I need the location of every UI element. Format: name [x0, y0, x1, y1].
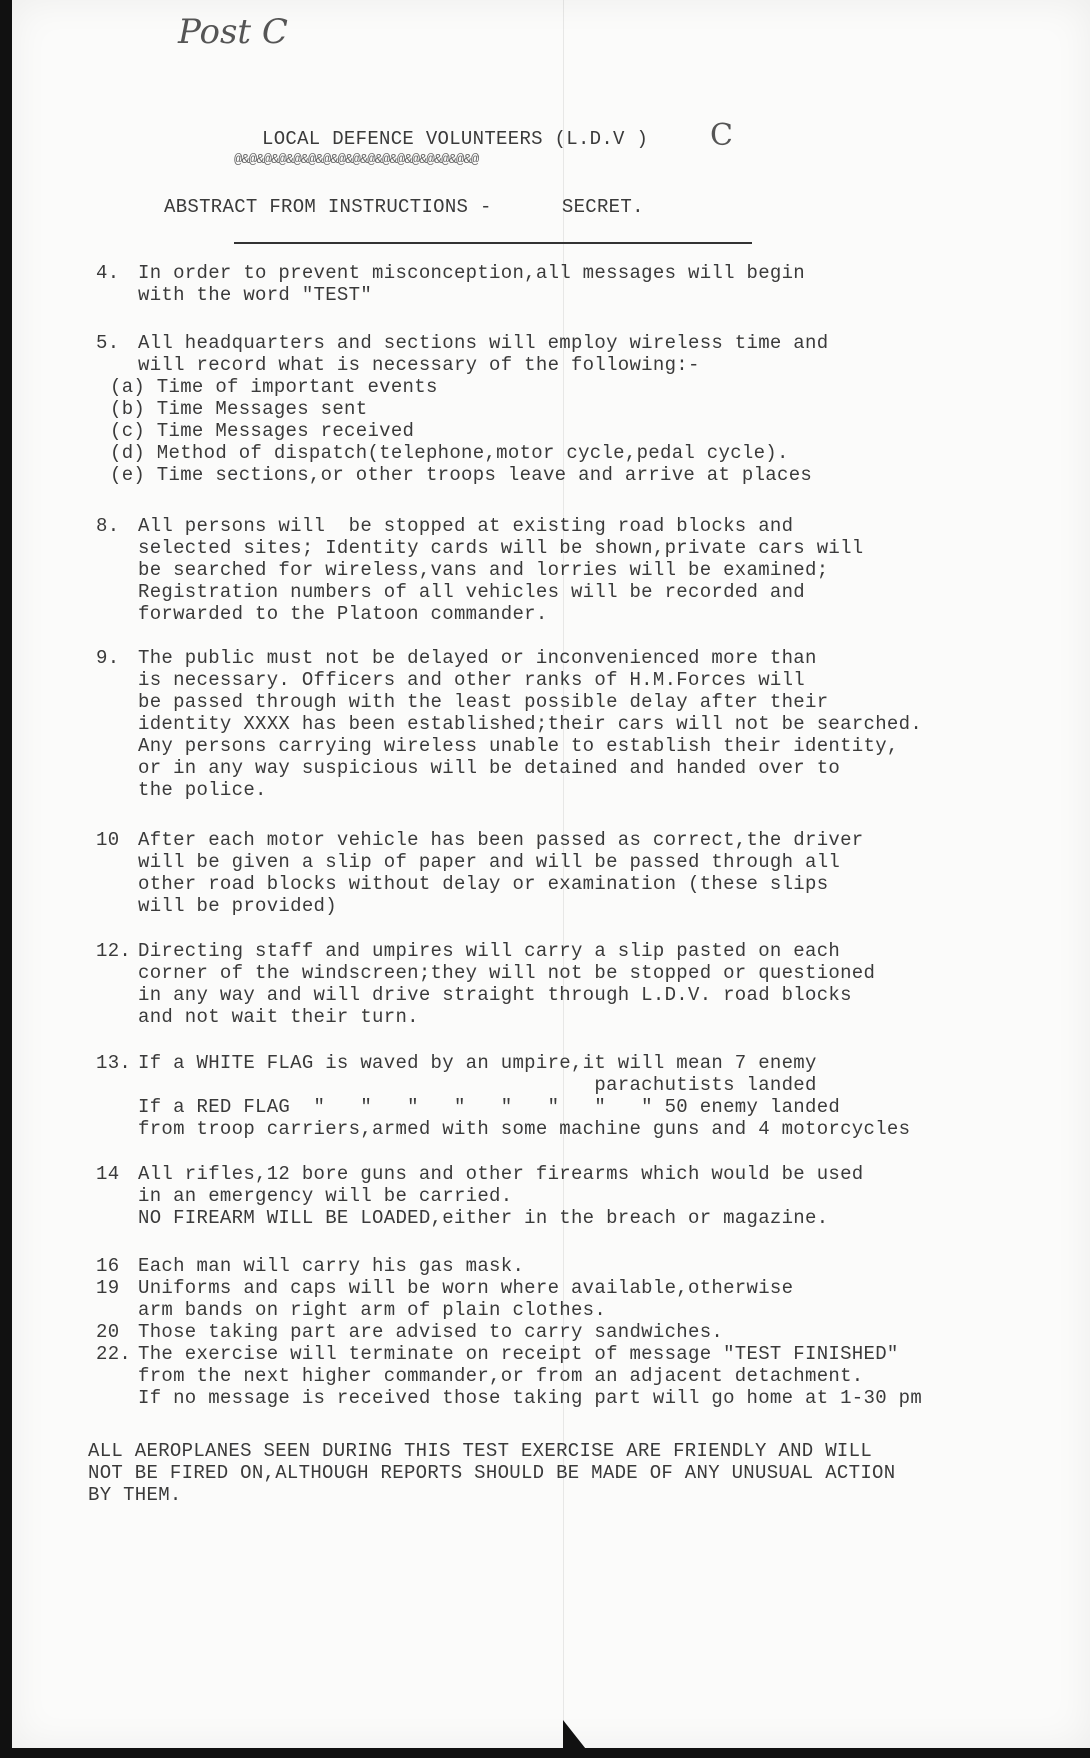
instruction-line: Registration numbers of all vehicles wil… — [96, 581, 864, 603]
instruction-line: in any way and will drive straight throu… — [96, 984, 875, 1006]
instruction-line: will be provided) — [96, 895, 864, 917]
instruction-line: identity XXXX has been established;their… — [96, 713, 922, 735]
instruction-item: 20Those taking part are advised to carry… — [96, 1321, 723, 1343]
notice-line: BY THEM. — [88, 1484, 895, 1506]
instruction-item: 8.All persons will be stopped at existin… — [96, 515, 864, 625]
document-subtitle: ABSTRACT FROM INSTRUCTIONS - SECRET. — [164, 196, 644, 218]
instruction-line: selected sites; Identity cards will be s… — [96, 537, 864, 559]
instruction-line: will record what is necessary of the fol… — [96, 354, 828, 376]
item-number: 8. — [96, 515, 138, 537]
item-number: 16 — [96, 1255, 138, 1277]
instruction-line: will be given a slip of paper and will b… — [96, 851, 864, 873]
sub-item: (b) Time Messages sent — [96, 398, 828, 420]
instruction-line: and not wait their turn. — [96, 1006, 875, 1028]
instruction-line: 22.The exercise will terminate on receip… — [96, 1343, 922, 1365]
instruction-line: from troop carriers,armed with some mach… — [96, 1118, 910, 1140]
sub-item: (c) Time Messages received — [96, 420, 828, 442]
instruction-line: the police. — [96, 779, 922, 801]
instruction-line: be passed through with the least possibl… — [96, 691, 922, 713]
notice-line: ALL AEROPLANES SEEN DURING THIS TEST EXE… — [88, 1440, 895, 1462]
instruction-line: is necessary. Officers and other ranks o… — [96, 669, 922, 691]
title-underline — [234, 242, 752, 244]
instruction-item: 10After each motor vehicle has been pass… — [96, 829, 864, 917]
item-number: 12. — [96, 940, 138, 962]
instruction-line: 4.In order to prevent misconception,all … — [96, 262, 805, 284]
instruction-line: If no message is received those taking p… — [96, 1387, 922, 1409]
instruction-line: other road blocks without delay or exami… — [96, 873, 864, 895]
instruction-line: NO FIREARM WILL BE LOADED,either in the … — [96, 1207, 864, 1229]
item-number: 4. — [96, 262, 138, 284]
instruction-item: 14All rifles,12 bore guns and other fire… — [96, 1163, 864, 1229]
sub-item: (e) Time sections,or other troops leave … — [96, 464, 828, 486]
item-number: 19 — [96, 1277, 138, 1299]
instruction-item: 13.If a WHITE FLAG is waved by an umpire… — [96, 1052, 910, 1140]
instruction-line: with the word "TEST" — [96, 284, 805, 306]
instruction-line: forwarded to the Platoon commander. — [96, 603, 864, 625]
instruction-line: parachutists landed — [96, 1074, 910, 1096]
instruction-line: 9.The public must not be delayed or inco… — [96, 647, 922, 669]
instruction-line: 20Those taking part are advised to carry… — [96, 1321, 723, 1343]
instruction-line: 19Uniforms and caps will be worn where a… — [96, 1277, 793, 1299]
document-page: Post C C LOCAL DEFENCE VOLUNTEERS (L.D.V… — [12, 0, 1090, 1748]
item-number: 14 — [96, 1163, 138, 1185]
instruction-item: 5.All headquarters and sections will emp… — [96, 332, 828, 486]
item-number: 13. — [96, 1052, 138, 1074]
handwritten-c-mark: C — [710, 118, 733, 153]
notice-line: NOT BE FIRED ON,ALTHOUGH REPORTS SHOULD … — [88, 1462, 895, 1484]
instruction-line: from the next higher commander,or from a… — [96, 1365, 922, 1387]
instruction-item: 19Uniforms and caps will be worn where a… — [96, 1277, 793, 1321]
instruction-item: 12.Directing staff and umpires will carr… — [96, 940, 875, 1028]
instruction-line: or in any way suspicious will be detaine… — [96, 757, 922, 779]
handwritten-post-label: Post C — [178, 12, 288, 52]
item-number: 22. — [96, 1343, 138, 1365]
instruction-line: 12.Directing staff and umpires will carr… — [96, 940, 875, 962]
instruction-line: 13.If a WHITE FLAG is waved by an umpire… — [96, 1052, 910, 1074]
instruction-line: 10After each motor vehicle has been pass… — [96, 829, 864, 851]
instruction-item: 22.The exercise will terminate on receip… — [96, 1343, 922, 1409]
instruction-item: 4.In order to prevent misconception,all … — [96, 262, 805, 306]
decorative-rule: @&@&@&@&@&@&@&@&@&@&@&@&@&@&@&@&@ — [234, 152, 478, 168]
instruction-item: 16Each man will carry his gas mask. — [96, 1255, 524, 1277]
instruction-line: be searched for wireless,vans and lorrie… — [96, 559, 864, 581]
item-number: 5. — [96, 332, 138, 354]
instruction-item: 9.The public must not be delayed or inco… — [96, 647, 922, 801]
sub-item: (a) Time of important events — [96, 376, 828, 398]
sub-item: (d) Method of dispatch(telephone,motor c… — [96, 442, 828, 464]
item-number: 20 — [96, 1321, 138, 1343]
instruction-line: If a RED FLAG " " " " " " " " 50 enemy l… — [96, 1096, 910, 1118]
aeroplanes-notice: ALL AEROPLANES SEEN DURING THIS TEST EXE… — [88, 1440, 895, 1506]
paper-tear — [563, 1720, 593, 1758]
instruction-line: 16Each man will carry his gas mask. — [96, 1255, 524, 1277]
instruction-line: arm bands on right arm of plain clothes. — [96, 1299, 793, 1321]
instruction-line: Any persons carrying wireless unable to … — [96, 735, 922, 757]
instruction-line: in an emergency will be carried. — [96, 1185, 864, 1207]
instruction-line: 14All rifles,12 bore guns and other fire… — [96, 1163, 864, 1185]
instruction-line: corner of the windscreen;they will not b… — [96, 962, 875, 984]
document-title: LOCAL DEFENCE VOLUNTEERS (L.D.V ) — [262, 128, 648, 150]
item-number: 10 — [96, 829, 138, 851]
item-number: 9. — [96, 647, 138, 669]
instruction-line: 5.All headquarters and sections will emp… — [96, 332, 828, 354]
instruction-line: 8.All persons will be stopped at existin… — [96, 515, 864, 537]
